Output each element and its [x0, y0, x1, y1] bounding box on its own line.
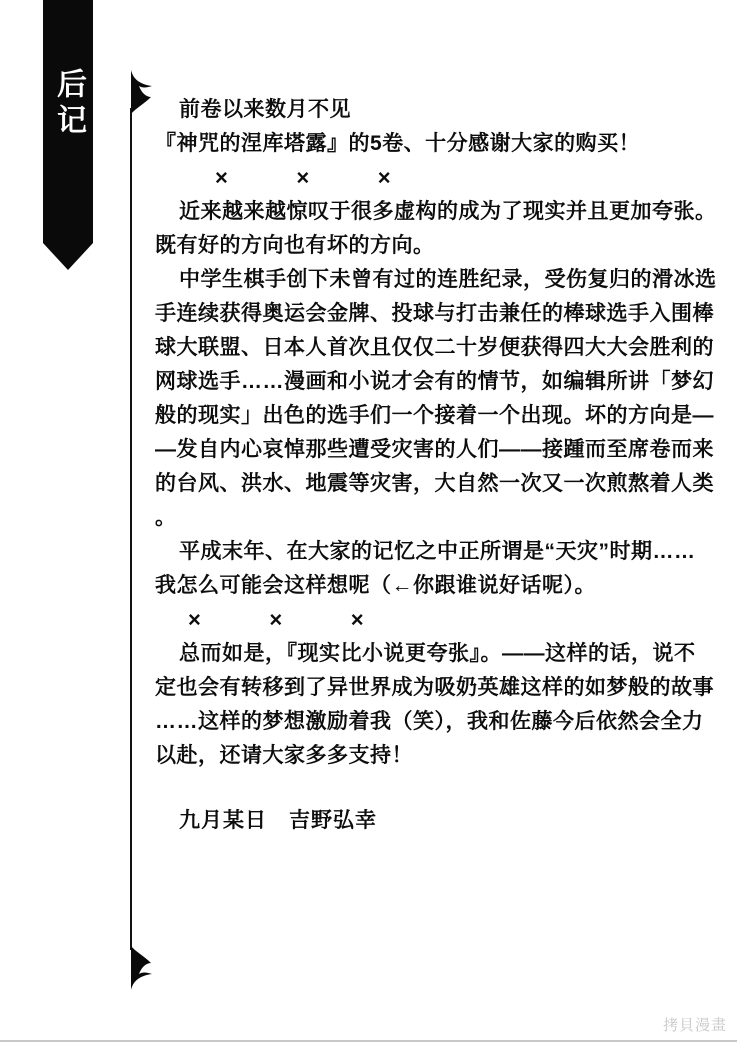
text-line: 般的现实」出色的选手们一个接着一个出现。坏的方向是— [155, 399, 690, 433]
afterword-text: 前卷以来数月不见『神咒的涅库塔露』的5卷、十分感谢大家的购买！×××近来越来越惊… [155, 93, 690, 773]
text-line: 定也会有转移到了异世界成为吸奶英雄这样的如梦般的故事 [155, 671, 690, 705]
text-line: 球大联盟、日本人首次且仅仅二十岁便获得四大大会胜利的 [155, 331, 690, 365]
text-line: 前卷以来数月不见 [155, 93, 690, 127]
text-line: 既有好的方向也有坏的方向。 [155, 229, 690, 263]
footer-divider [0, 1040, 737, 1042]
afterword-page: 后记 前卷以来数月不见『神咒的涅库塔露』的5卷、十分感谢大家的购买！×××近来越… [0, 0, 737, 1048]
text-line: —发自内心哀悼那些遭受灾害的人们——接踵而至席卷而来 [155, 433, 690, 467]
text-line: 网球选手……漫画和小说才会有的情节，如编辑所讲「梦幻 [155, 365, 690, 399]
text-line: 。 [155, 501, 690, 535]
signature: 九月某日 吉野弘幸 [179, 804, 377, 834]
text-line: 『神咒的涅库塔露』的5卷、十分感谢大家的购买！ [155, 127, 690, 161]
text-line: 我怎么可能会这样想呢（←你跟谁说好话呢）。 [155, 569, 690, 603]
text-line: 总而如是，『现实比小说更夸张』。——这样的话，说不 [155, 637, 690, 671]
text-line: 手连续获得奥运会金牌、投球与打击兼任的棒球选手入围棒 [155, 297, 690, 331]
text-line: 的台风、洪水、地震等灾害，大自然一次又一次煎熬着人类 [155, 467, 690, 501]
pennant-flag-icon [130, 70, 154, 114]
separator-x-mark: × [269, 603, 282, 637]
separator-x-mark: × [296, 161, 309, 195]
text-line: 平成末年、在大家的记忆之中正所谓是“天灾”时期…… [155, 535, 690, 569]
ribbon-label: 后记 [53, 68, 83, 270]
separator-x-mark: × [351, 603, 364, 637]
watermark: 拷貝漫畫 [663, 1014, 727, 1035]
afterword-ribbon: 后记 [43, 0, 93, 270]
text-line: ……这样的梦想激励着我（笑），我和佐藤今后依然会全力 [155, 705, 690, 739]
section-separator: ××× [155, 603, 690, 637]
separator-x-mark: × [188, 603, 201, 637]
vertical-rule [130, 108, 132, 950]
separator-x-mark: × [215, 161, 228, 195]
text-line: 以赴，还请大家多多支持！ [155, 739, 690, 773]
text-line: 近来越来越惊叹于很多虚构的成为了现实并且更加夸张。 [155, 195, 690, 229]
section-separator: ××× [155, 161, 690, 195]
separator-x-mark: × [378, 161, 391, 195]
text-line: 中学生棋手创下未曾有过的连胜纪录，受伤复归的滑冰选 [155, 263, 690, 297]
pennant-flag-icon [130, 946, 154, 990]
